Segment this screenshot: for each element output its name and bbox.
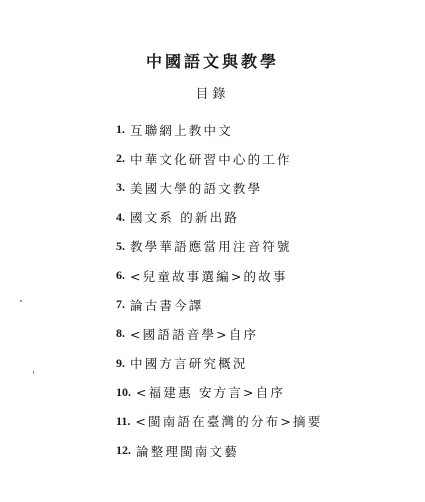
entry-title: <福建惠 安方言>自序 <box>136 383 285 401</box>
entry-number: 1. <box>116 122 125 137</box>
entry-title: 教學華語應當用注音符號 <box>130 237 292 255</box>
entry-number: 10. <box>116 385 131 400</box>
entry-number: 8. <box>116 326 125 341</box>
entry-number: 3. <box>116 180 125 195</box>
entry-title: 論古書今譯 <box>130 296 204 314</box>
entry-title: 中華文化研習中心的工作 <box>130 150 292 168</box>
toc-entry: 10.<福建惠 安方言>自序 <box>116 378 322 407</box>
entry-number: 6. <box>116 268 125 283</box>
entry-title: 國文系 的新出路 <box>130 208 239 226</box>
table-of-contents: 1.互聯網上教中文 2.中華文化研習中心的工作 3.美國大學的語文教學 4.國文… <box>116 115 322 465</box>
toc-entry: 1.互聯網上教中文 <box>116 115 322 144</box>
entry-title: <閩南語在臺灣的分布>摘要 <box>135 412 322 430</box>
toc-entry: 9.中國方言研究概況 <box>116 349 322 378</box>
toc-entry: 11.<閩南語在臺灣的分布>摘要 <box>116 407 322 436</box>
entry-number: 7. <box>116 297 125 312</box>
entry-title: 論整理閩南文藝 <box>136 442 239 460</box>
entry-number: 11. <box>116 414 130 429</box>
entry-title: <兒童故事選編>的故事 <box>130 267 288 285</box>
entry-title: <國語語音學>自序 <box>130 325 258 343</box>
entry-number: 4. <box>116 210 125 225</box>
scan-speck <box>33 371 34 374</box>
entry-title: 美國大學的語文教學 <box>130 179 262 197</box>
table-of-contents-heading: 目錄 <box>0 83 425 102</box>
entry-number: 5. <box>116 239 125 254</box>
toc-entry: 2.中華文化研習中心的工作 <box>116 144 322 173</box>
entry-title: 中國方言研究概況 <box>130 354 248 372</box>
toc-entry: 4.國文系 的新出路 <box>116 203 322 232</box>
toc-entry: 5.教學華語應當用注音符號 <box>116 232 322 261</box>
scan-speck <box>20 300 22 302</box>
toc-entry: 6.<兒童故事選編>的故事 <box>116 261 322 290</box>
entry-number: 9. <box>116 356 125 371</box>
entry-title: 互聯網上教中文 <box>130 121 233 139</box>
toc-entry: 7.論古書今譯 <box>116 290 322 319</box>
entry-number: 12. <box>116 443 131 458</box>
toc-entry: 8.<國語語音學>自序 <box>116 319 322 348</box>
toc-entry: 12.論整理閩南文藝 <box>116 436 322 465</box>
entry-number: 2. <box>116 151 125 166</box>
toc-entry: 3.美國大學的語文教學 <box>116 173 322 202</box>
book-title: 中國語文與教學 <box>0 49 425 72</box>
